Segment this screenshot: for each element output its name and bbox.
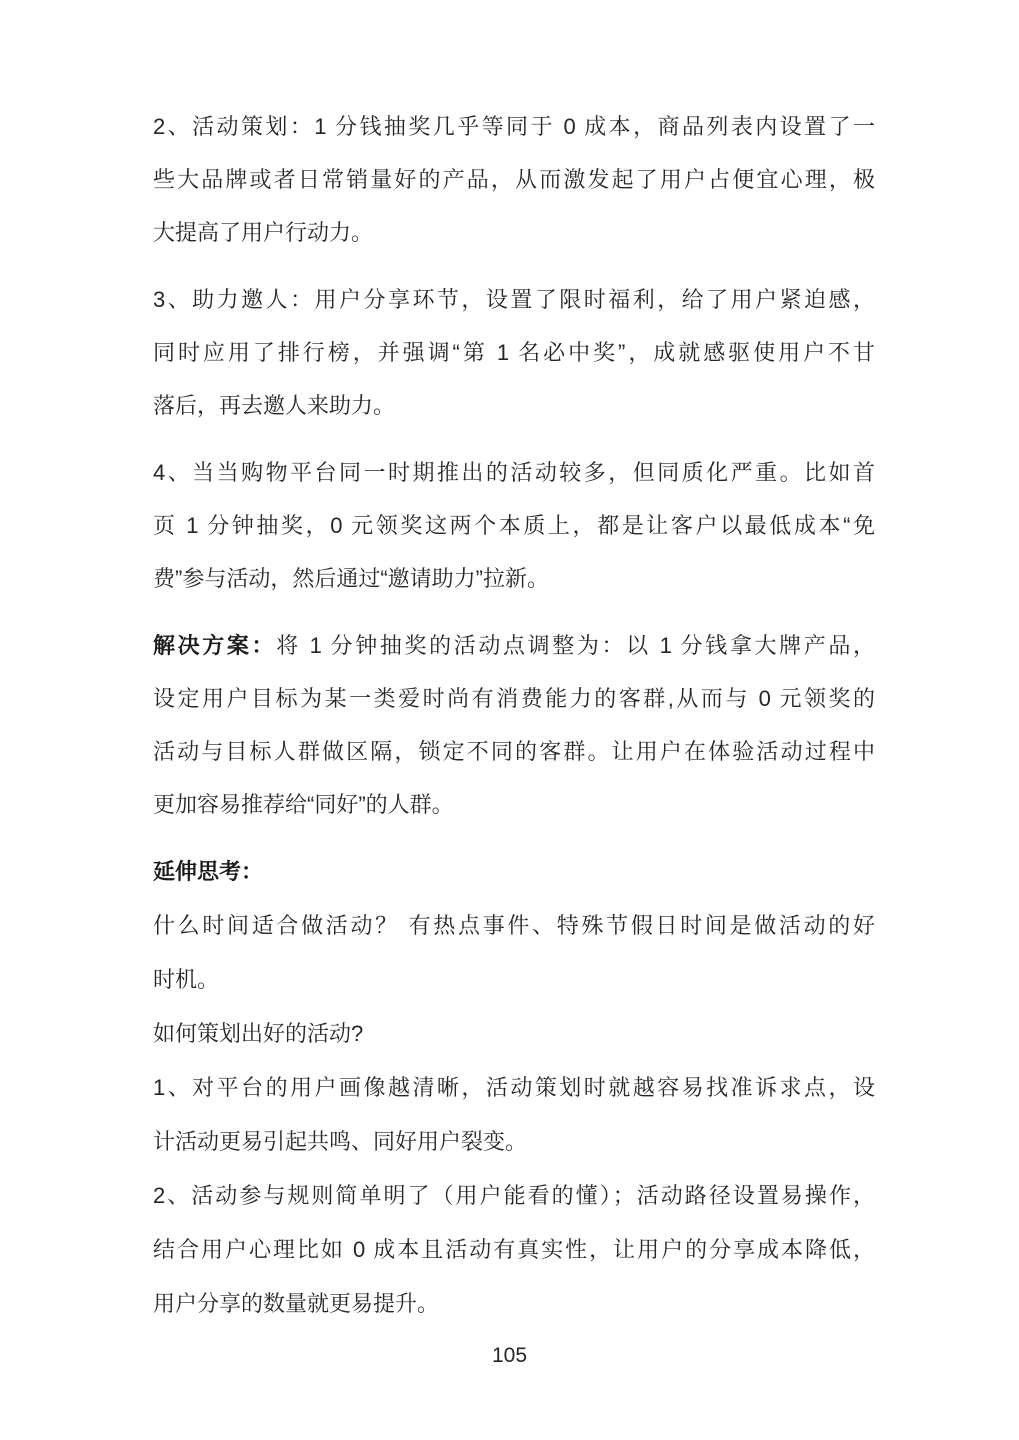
paragraph-simple-rules: 2、活动参与规则简单明了（用户能看的懂）；活动路径设置易操作， 结合用户心理比如… [153, 1169, 875, 1331]
page-number: 105 [0, 1342, 1019, 1370]
text-line: 更加容易推荐给“同好”的人群。 [153, 778, 875, 831]
text-line: 2、活动参与规则简单明了（用户能看的懂）；活动路径设置易操作， [153, 1169, 875, 1223]
text-line: 设定用户目标为某一类爱时尚有消费能力的客群,从而与 0 元领奖的 [153, 672, 875, 725]
text-line: 大提高了用户行动力。 [153, 206, 875, 259]
how-to-plan-question: 如何策划出好的活动? [153, 1007, 875, 1061]
extended-thinking-heading: 延伸思考： [153, 845, 875, 899]
text-line: 些大品牌或者日常销量好的产品，从而激发起了用户占便宜心理，极 [153, 153, 875, 206]
text-line: 4、当当购物平台同一时期推出的活动较多，但同质化严重。比如首 [153, 446, 875, 499]
text-line: 解决方案：将 1 分钟抽奖的活动点调整为：以 1 分钱拿大牌产品， [153, 619, 875, 672]
text-line: 用户分享的数量就更易提升。 [153, 1277, 875, 1331]
solution-heading: 解决方案： [153, 633, 276, 658]
text-line: 活动与目标人群做区隔，锁定不同的客群。让用户在体验活动过程中 [153, 725, 875, 778]
paragraph-invite-boost: 3、助力邀人：用户分享环节，设置了限时福利，给了用户紧迫感， 同时应用了排行榜，… [153, 273, 875, 432]
text-line: 落后，再去邀人来助力。 [153, 379, 875, 432]
paragraph-homogenization: 4、当当购物平台同一时期推出的活动较多，但同质化严重。比如首 页 1 分钟抽奖，… [153, 446, 875, 605]
solution-text: 将 1 分钟抽奖的活动点调整为：以 1 分钱拿大牌产品， [276, 633, 875, 658]
text-line: 同时应用了排行榜，并强调“第 1 名必中奖”，成就感驱使用户不甘 [153, 326, 875, 379]
text-line: 费”参与活动，然后通过“邀请助力”拉新。 [153, 552, 875, 605]
text-line: 2、活动策划：1 分钱抽奖几乎等同于 0 成本，商品列表内设置了一 [153, 100, 875, 153]
paragraph-solution: 解决方案：将 1 分钟抽奖的活动点调整为：以 1 分钱拿大牌产品， 设定用户目标… [153, 619, 875, 831]
paragraph-user-profile: 1、对平台的用户画像越清晰，活动策划时就越容易找准诉求点，设 计活动更易引起共鸣… [153, 1061, 875, 1169]
paragraph-timing: 什么时间适合做活动？ 有热点事件、特殊节假日时间是做活动的好 时机。 [153, 899, 875, 1007]
text-line: 1、对平台的用户画像越清晰，活动策划时就越容易找准诉求点，设 [153, 1061, 875, 1115]
text-line: 时机。 [153, 953, 875, 1007]
extended-thinking-section: 延伸思考： 什么时间适合做活动？ 有热点事件、特殊节假日时间是做活动的好 时机。… [153, 845, 875, 1331]
text-line: 计活动更易引起共鸣、同好用户裂变。 [153, 1115, 875, 1169]
paragraph-activity-planning: 2、活动策划：1 分钱抽奖几乎等同于 0 成本，商品列表内设置了一 些大品牌或者… [153, 100, 875, 259]
text-line: 页 1 分钟抽奖，0 元领奖这两个本质上，都是让客户以最低成本“免 [153, 499, 875, 552]
text-line: 结合用户心理比如 0 成本且活动有真实性，让用户的分享成本降低， [153, 1223, 875, 1277]
text-line: 3、助力邀人：用户分享环节，设置了限时福利，给了用户紧迫感， [153, 273, 875, 326]
document-page: 2、活动策划：1 分钱抽奖几乎等同于 0 成本，商品列表内设置了一 些大品牌或者… [153, 100, 875, 1331]
text-line: 什么时间适合做活动？ 有热点事件、特殊节假日时间是做活动的好 [153, 899, 875, 953]
